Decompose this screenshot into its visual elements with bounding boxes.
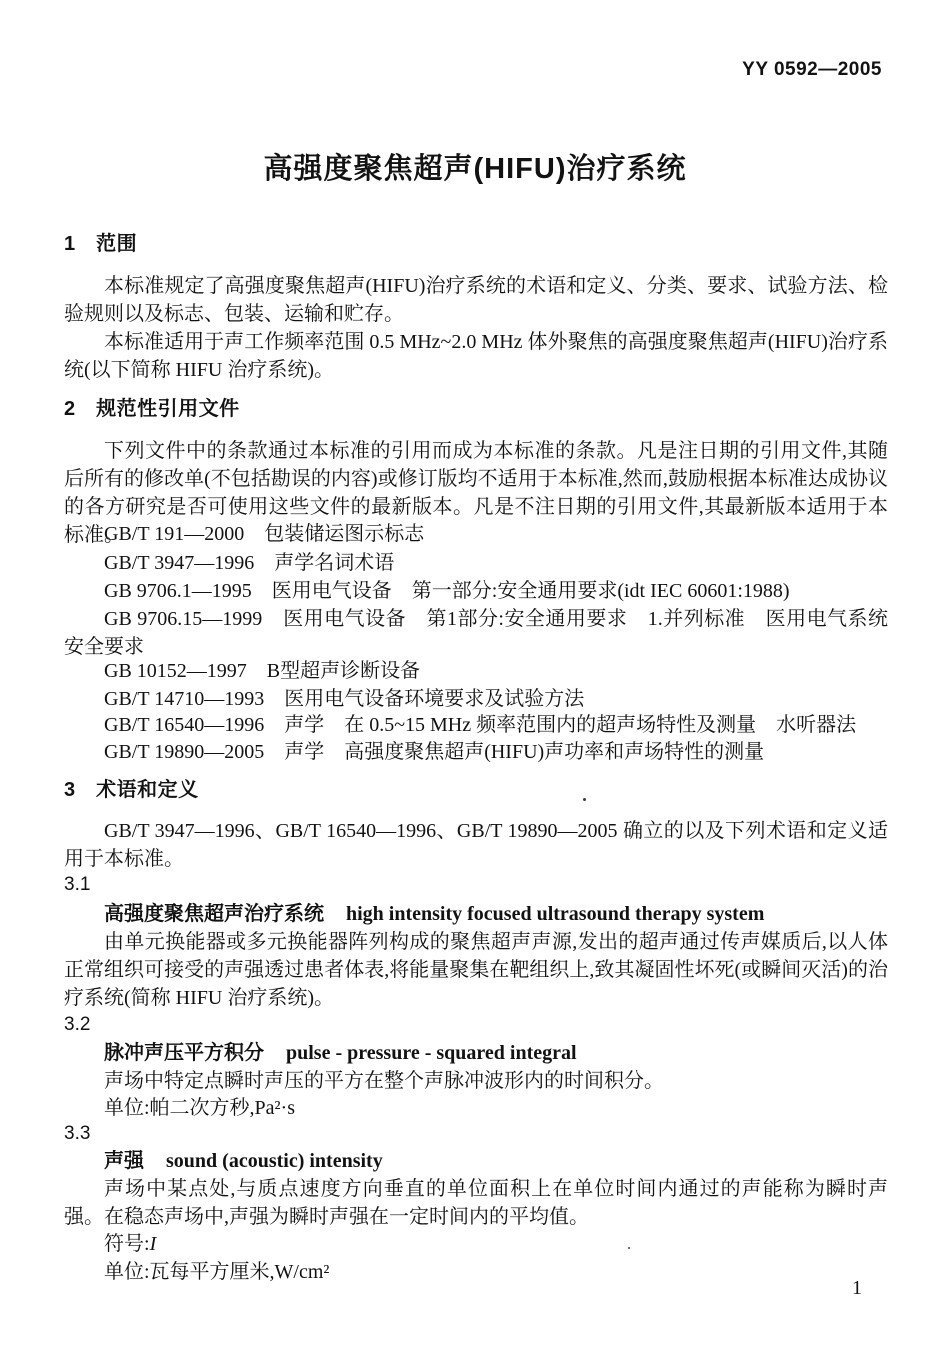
symbol-label: 符号: bbox=[104, 1233, 150, 1255]
reference-item: GB/T 14710—1993 医用电气设备环境要求及试验方法 bbox=[64, 685, 888, 713]
reference-item: GB/T 191—2000 包装储运图示标志 bbox=[64, 520, 888, 548]
page-number: 1 bbox=[852, 1277, 862, 1300]
reference-item: GB/T 3947—1996 声学名词术语 bbox=[64, 549, 888, 577]
term-en: pulse - pressure - squared integral bbox=[286, 1042, 577, 1064]
clause-3-3-symbol: 符号:I bbox=[64, 1230, 888, 1258]
terms-intro: GB/T 3947—1996、GB/T 16540—1996、GB/T 1989… bbox=[64, 817, 888, 873]
scope-paragraph-2: 本标准适用于声工作频率范围 0.5 MHz~2.0 MHz 体外聚焦的高强度聚焦… bbox=[64, 328, 888, 384]
document-title: 高强度聚焦超声(HIFU)治疗系统 bbox=[0, 146, 950, 187]
section-2-heading: 2 规范性引用文件 bbox=[64, 395, 888, 423]
clause-3-3-number: 3.3 bbox=[64, 1120, 888, 1148]
clause-3-2-unit: 单位:帕二次方秒,Pa²·s bbox=[64, 1094, 888, 1122]
term-en: sound (acoustic) intensity bbox=[166, 1150, 383, 1172]
reference-item: GB 9706.1—1995 医用电气设备 第一部分:安全通用要求(idt IE… bbox=[64, 577, 888, 605]
section-1-heading: 1 范围 bbox=[64, 230, 888, 258]
clause-3-2-number: 3.2 bbox=[64, 1011, 888, 1039]
term-en: high intensity focused ultrasound therap… bbox=[346, 903, 764, 925]
scan-artifact-dot bbox=[628, 1247, 630, 1249]
clause-3-3-definition: 声场中某点处,与质点速度方向垂直的单位面积上在单位时间内通过的声能称为瞬时声强。… bbox=[64, 1175, 888, 1231]
clause-3-3-term: 声强sound (acoustic) intensity bbox=[64, 1147, 888, 1175]
clause-3-1-term: 高强度聚焦超声治疗系统high intensity focused ultras… bbox=[64, 900, 888, 928]
standard-code: YY 0592—2005 bbox=[742, 59, 882, 81]
clause-3-1-definition: 由单元换能器或多元换能器阵列构成的聚焦超声声源,发出的超声通过传声媒质后,以人体… bbox=[64, 928, 888, 1012]
clause-3-2-term: 脉冲声压平方积分pulse - pressure - squared integ… bbox=[64, 1039, 888, 1067]
clause-3-2-definition: 声场中特定点瞬时声压的平方在整个声脉冲波形内的时间积分。 bbox=[64, 1067, 888, 1095]
term-zh: 脉冲声压平方积分 bbox=[104, 1042, 264, 1064]
reference-item: GB/T 19890—2005 声学 高强度聚焦超声(HIFU)声功率和声场特性… bbox=[64, 738, 888, 766]
reference-item: GB/T 16540—1996 声学 在 0.5~15 MHz 频率范围内的超声… bbox=[64, 711, 888, 739]
clause-3-1-number: 3.1 bbox=[64, 871, 888, 899]
section-3-heading: 3 术语和定义 bbox=[64, 776, 888, 804]
term-zh: 高强度聚焦超声治疗系统 bbox=[104, 903, 324, 925]
term-zh: 声强 bbox=[104, 1150, 144, 1172]
reference-item: GB 10152—1997 B型超声诊断设备 bbox=[64, 657, 888, 685]
symbol-value: I bbox=[150, 1233, 157, 1255]
clause-3-3-unit: 单位:瓦每平方厘米,W/cm² bbox=[64, 1258, 888, 1286]
scope-paragraph-1: 本标准规定了高强度聚焦超声(HIFU)治疗系统的术语和定义、分类、要求、试验方法… bbox=[64, 272, 888, 328]
document-page: YY 0592—2005 高强度聚焦超声(HIFU)治疗系统 1 范围 本标准规… bbox=[0, 0, 950, 1358]
reference-item: GB 9706.15—1999 医用电气设备 第1部分:安全通用要求 1.并列标… bbox=[64, 605, 888, 661]
scan-artifact-dot bbox=[583, 798, 586, 801]
